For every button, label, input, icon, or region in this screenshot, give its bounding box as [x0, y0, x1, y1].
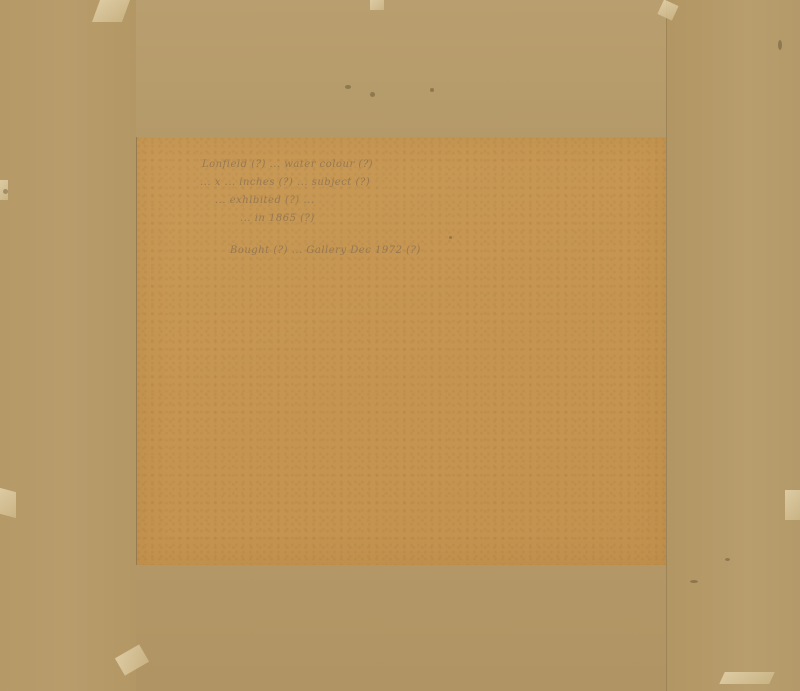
stain-mark [725, 558, 730, 561]
backing-board-right [666, 0, 800, 691]
artwork-back: Lonfield (?) ... water colour (?) ... x … [0, 0, 800, 691]
tape-fragment-top [370, 0, 384, 10]
tape-fragment-bottom-right [719, 672, 775, 684]
inscription-line: Bought (?) ... Gallery Dec 1972 (?) [200, 242, 480, 260]
backing-board-top [136, 0, 666, 137]
tape-fragment-left-lower [0, 488, 16, 518]
inscription-line: ... exhibited (?) ... [200, 192, 480, 210]
backing-board-bottom [136, 565, 666, 691]
inscription-line: ... x ... inches (?) ... subject (?) [200, 174, 480, 192]
pencil-inscription: Lonfield (?) ... water colour (?) ... x … [200, 156, 480, 260]
stain-mark [778, 40, 782, 50]
stain-mark [370, 92, 375, 97]
tape-fragment-right [785, 490, 800, 520]
stain-mark [690, 580, 698, 583]
stain-mark [3, 189, 8, 194]
stain-mark [430, 88, 434, 92]
stain-mark [449, 236, 452, 239]
inscription-line: ... in 1865 (?) [200, 210, 480, 228]
backing-board-left [0, 0, 137, 691]
inscription-line: Lonfield (?) ... water colour (?) [200, 156, 480, 174]
stain-mark [345, 85, 351, 89]
